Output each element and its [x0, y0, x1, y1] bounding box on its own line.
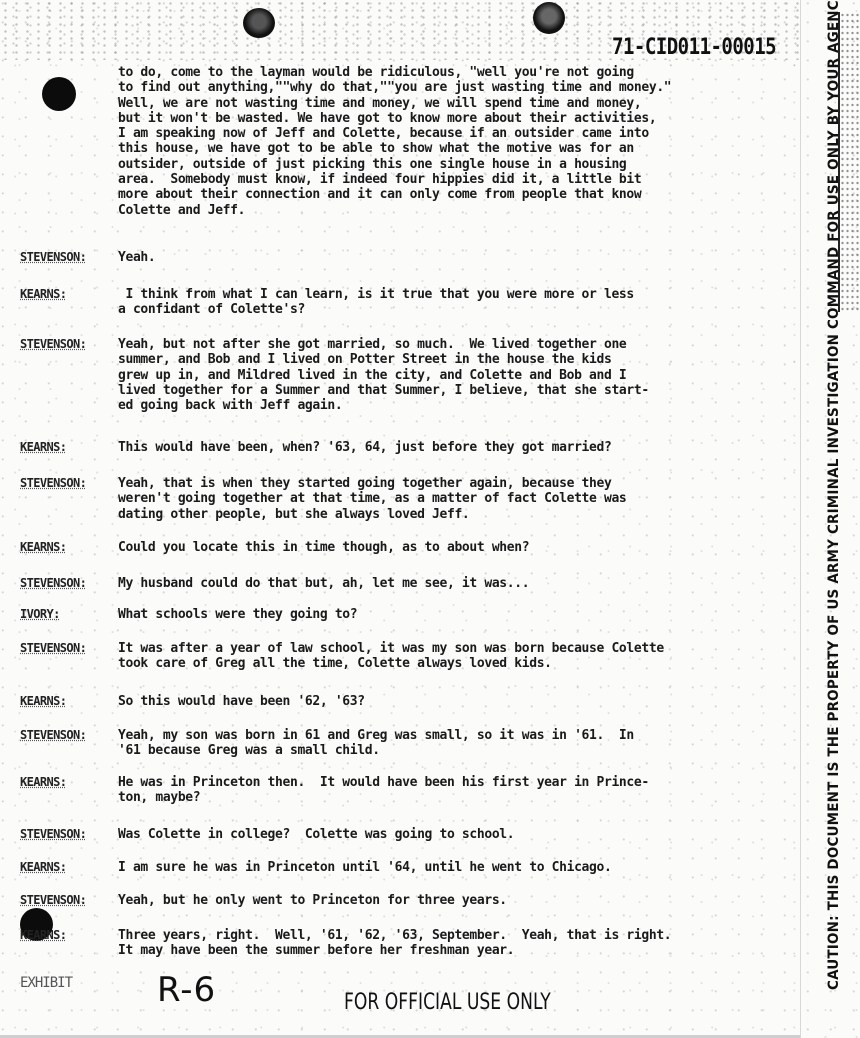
speaker-utterance: He was in Princeton then. It would have …	[118, 775, 649, 806]
speaker-utterance: It was after a year of law school, it wa…	[118, 641, 664, 672]
speaker-label: STEVENSON:	[20, 728, 86, 743]
speaker-label: STEVENSON:	[20, 641, 86, 656]
speaker-utterance: This would have been, when? '63, 64, jus…	[118, 440, 611, 455]
speaker-label: KEARNS:	[20, 440, 66, 455]
speaker-utterance: Yeah, but not after she got married, so …	[118, 337, 649, 413]
margin-noise	[840, 12, 860, 312]
speaker-label: KEARNS:	[20, 287, 66, 302]
handling-stamp: FOR OFFICIAL USE ONLY	[344, 990, 551, 1015]
speaker-label: STEVENSON:	[20, 827, 86, 842]
speaker-utterance: Yeah.	[118, 250, 155, 265]
speaker-utterance: My husband could do that but, ah, let me…	[118, 576, 529, 591]
speaker-label: KEARNS:	[20, 928, 66, 943]
speaker-label: STEVENSON:	[20, 893, 86, 908]
hole-punch-mark	[243, 8, 275, 38]
speaker-utterance: I am sure he was in Princeton until '64,…	[118, 860, 611, 875]
speaker-label: KEARNS:	[20, 775, 66, 790]
speaker-label: STEVENSON:	[20, 476, 86, 491]
speaker-label: STEVENSON:	[20, 250, 86, 265]
document-number: 71-CID011-00015	[612, 34, 776, 59]
speaker-label: KEARNS:	[20, 540, 66, 555]
caution-notice: CAUTION: THIS DOCUMENT IS THE PROPERTY O…	[826, 0, 842, 990]
speaker-label: STEVENSON:	[20, 337, 86, 352]
speaker-utterance: What schools were they going to?	[118, 607, 357, 622]
hole-punch-mark	[533, 2, 565, 34]
continuation-paragraph: to do, come to the layman would be ridic…	[118, 65, 778, 218]
page-id-stamp: R-6	[157, 970, 216, 1010]
speaker-utterance: So this would have been '62, '63?	[118, 694, 365, 709]
speaker-utterance: Could you locate this in time though, as…	[118, 540, 529, 555]
speaker-utterance: Yeah, but he only went to Princeton for …	[118, 893, 507, 908]
speaker-utterance: Yeah, my son was born in 61 and Greg was…	[118, 728, 634, 759]
speaker-label: IVORY:	[20, 607, 60, 622]
speaker-label: KEARNS:	[20, 860, 66, 875]
speaker-label: KEARNS:	[20, 694, 66, 709]
speaker-utterance: Yeah, that is when they started going to…	[118, 476, 626, 522]
speaker-utterance: I think from what I can learn, is it tru…	[118, 287, 634, 318]
speaker-utterance: Was Colette in college? Colette was goin…	[118, 827, 514, 842]
hole-punch-mark	[42, 77, 76, 111]
exhibit-mark: EXHIBIT	[20, 975, 72, 991]
speaker-label: STEVENSON:	[20, 576, 86, 591]
speaker-utterance: Three years, right. Well, '61, '62, '63,…	[118, 928, 671, 959]
